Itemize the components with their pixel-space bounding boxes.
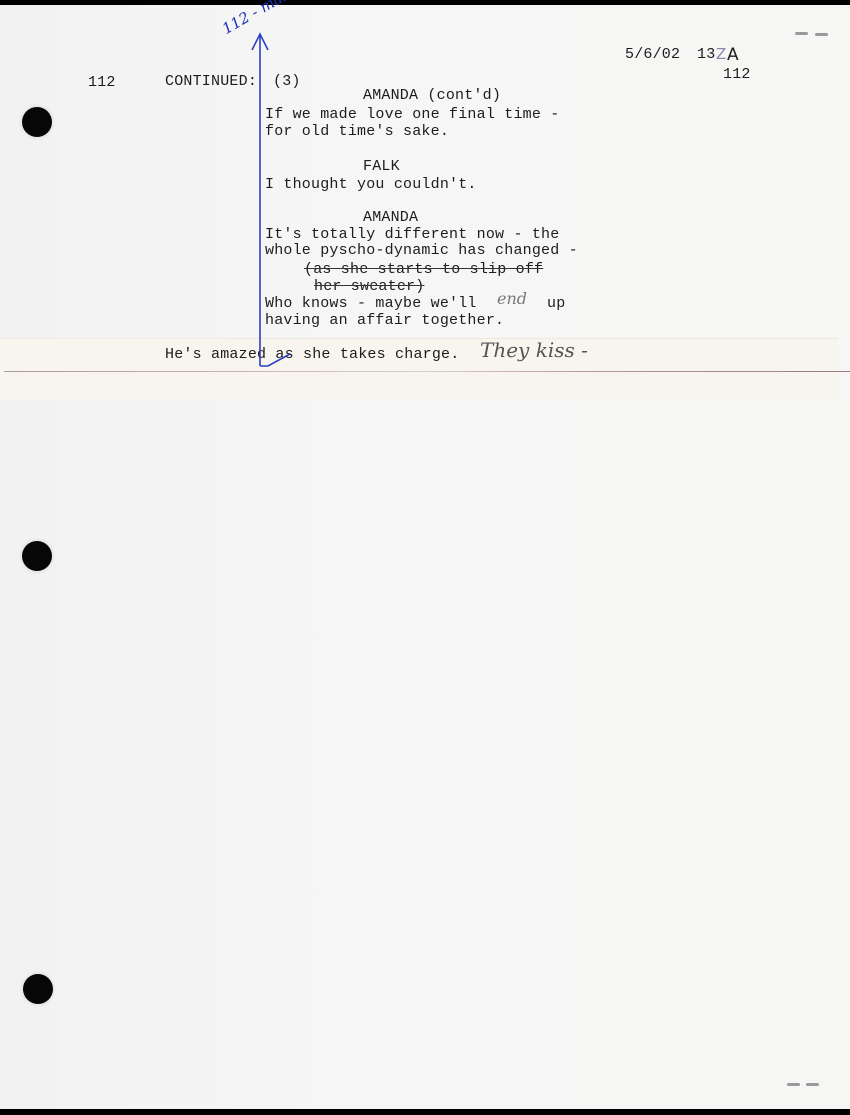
blue-bracket-arrow (0, 0, 850, 1115)
